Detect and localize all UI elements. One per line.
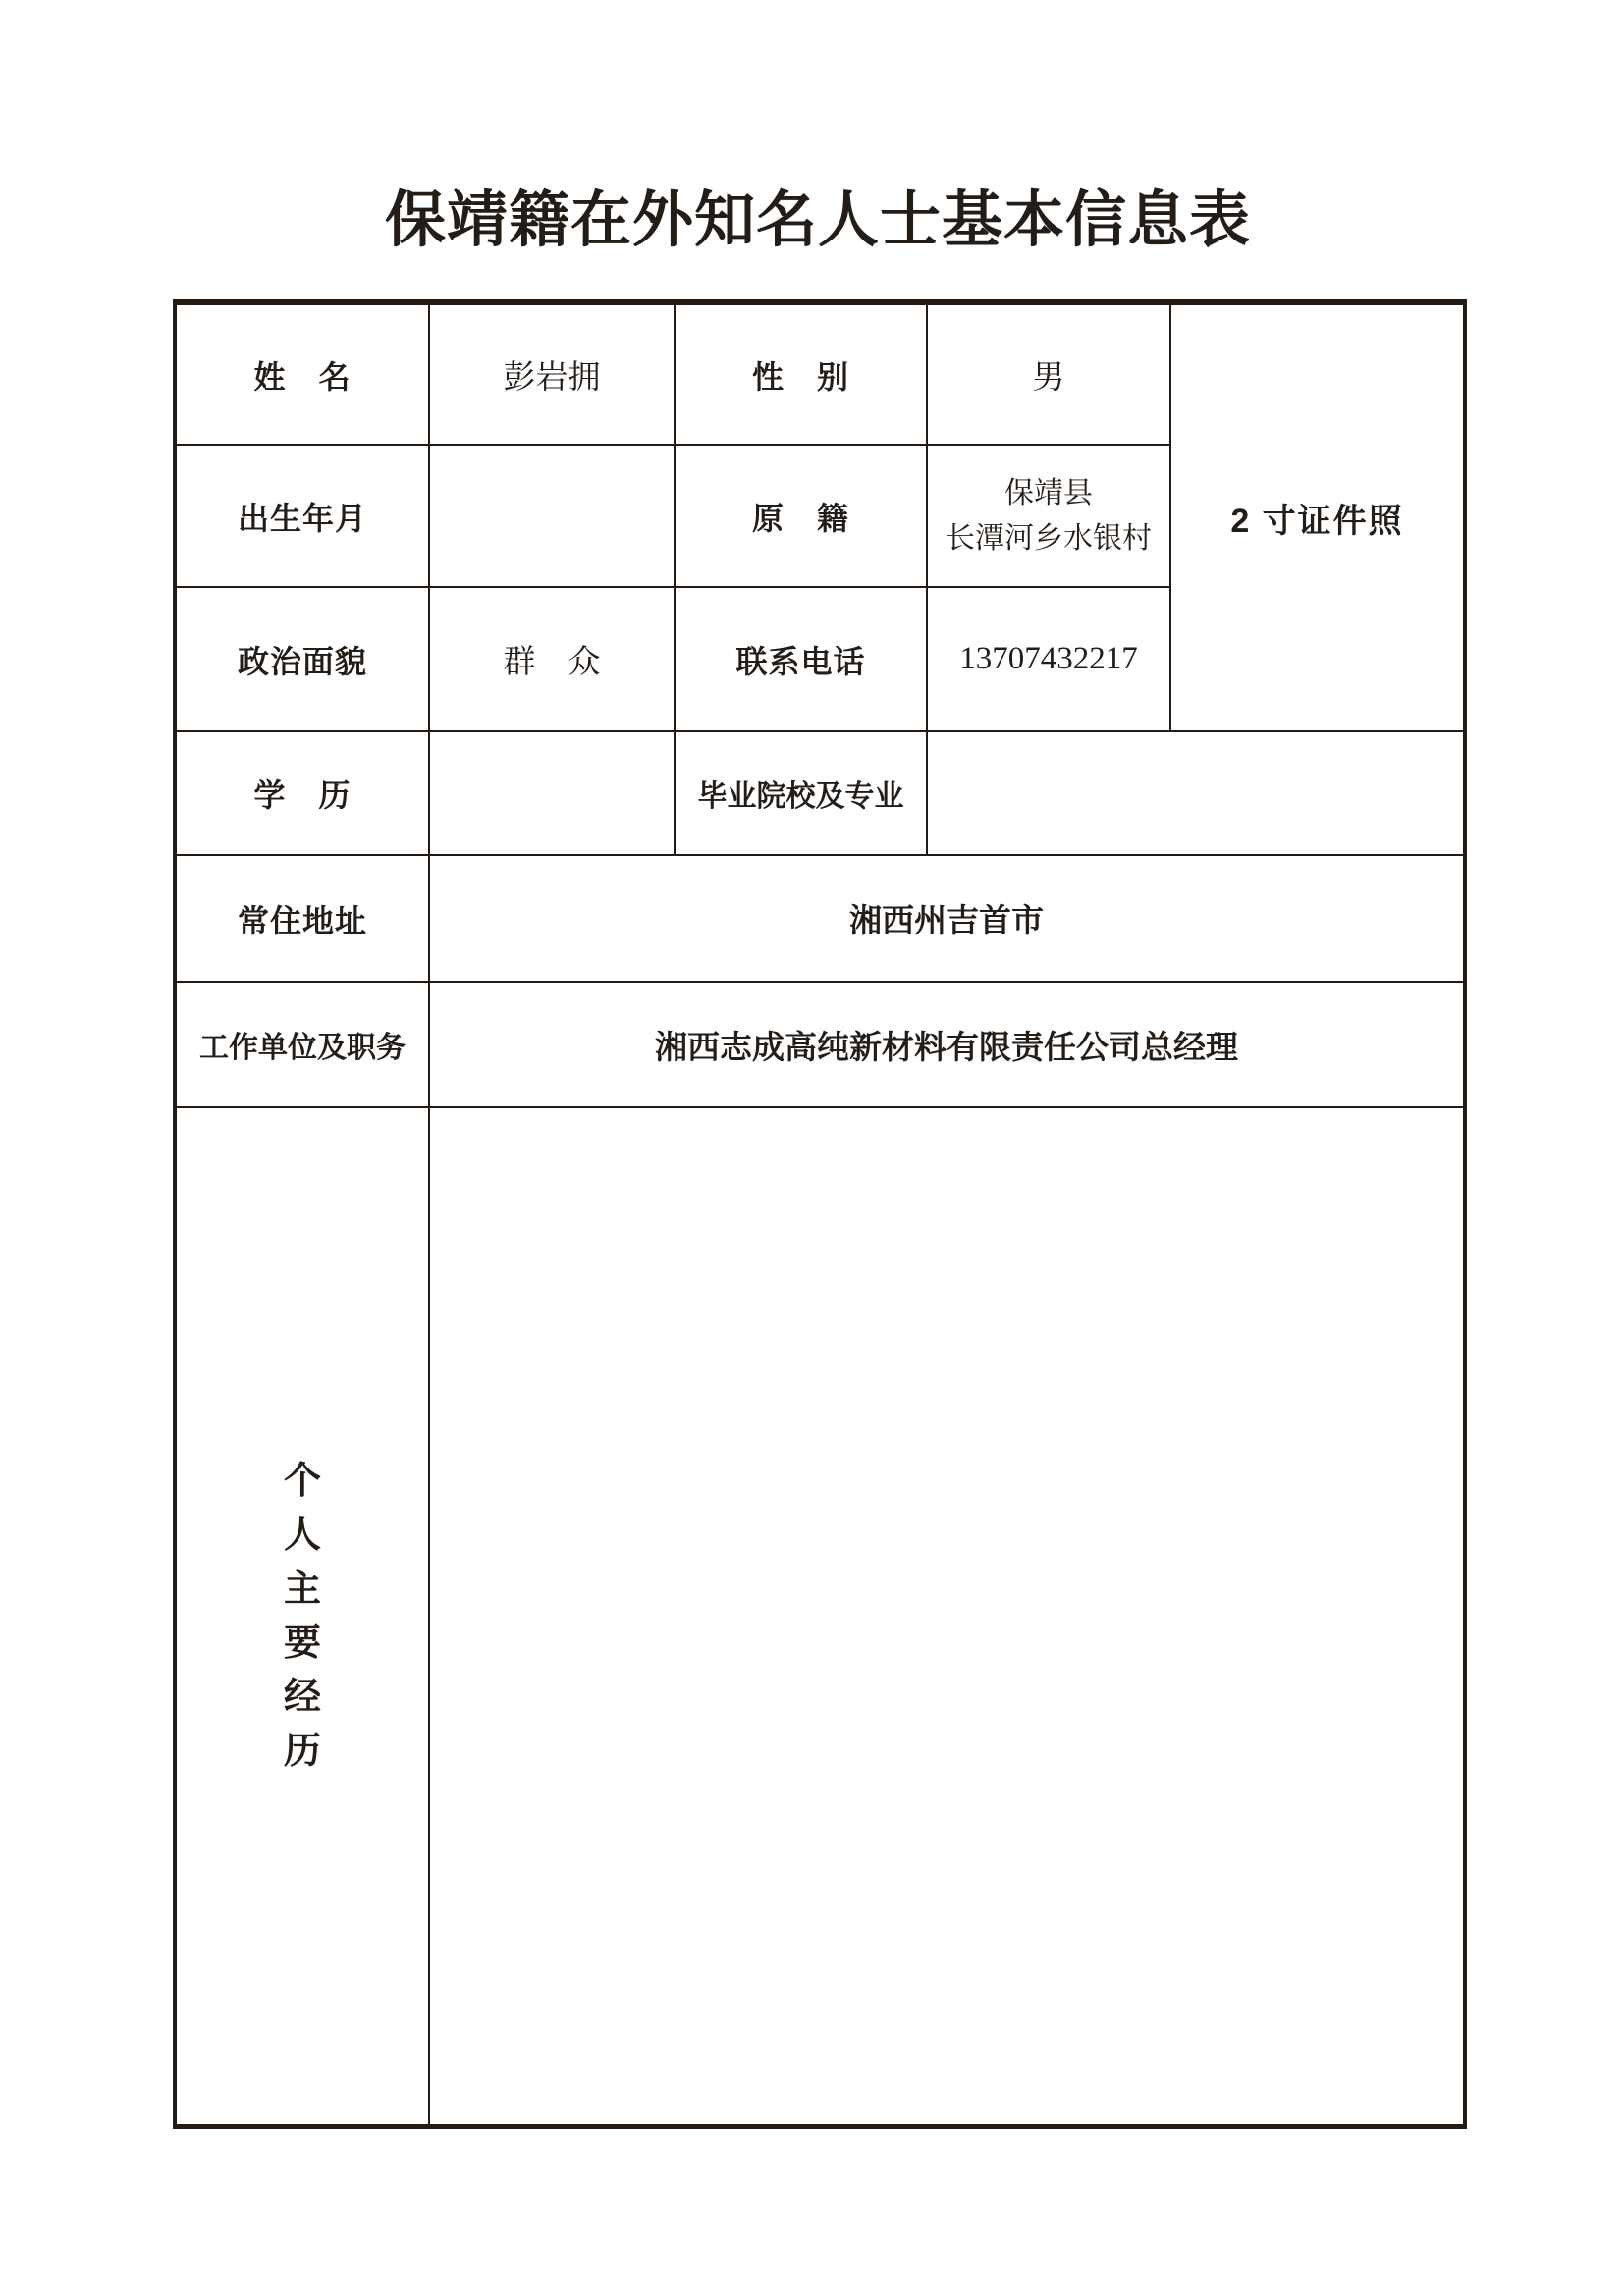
row-education-school: 学 历 毕业院校及专业 (175, 731, 1465, 855)
name-value-cell: 彭岩拥 (429, 302, 675, 445)
political-status-label: 政治面貌 (175, 587, 429, 731)
experience-label-char: 历 (284, 1733, 321, 1770)
experience-label-vertical: 个 人 主 要 经 历 (181, 1463, 424, 1770)
political-status-value-cell: 群 众 (429, 587, 675, 731)
document-page: 保靖籍在外知名人士基本信息表 姓 名 彭岩拥 性 别 男 2 寸证件照 出生年月… (0, 0, 1624, 2296)
experience-label-char: 要 (284, 1625, 321, 1662)
page-title: 保靖籍在外知名人士基本信息表 (173, 185, 1463, 255)
address-value-cell: 湘西州吉首市 (429, 855, 1465, 982)
address-label: 常住地址 (175, 855, 429, 982)
education-label: 学 历 (175, 731, 429, 855)
origin-value-line2: 长潭河乡水银村 (932, 516, 1165, 561)
birth-date-value-cell (429, 445, 675, 587)
school-major-label: 毕业院校及专业 (675, 731, 927, 855)
experience-label-char: 个 (284, 1463, 321, 1500)
row-work: 工作单位及职务 湘西志成高纯新材料有限责任公司总经理 (175, 982, 1465, 1107)
name-label: 姓 名 (175, 302, 429, 445)
gender-value-cell: 男 (927, 302, 1170, 445)
info-table: 姓 名 彭岩拥 性 别 男 2 寸证件照 出生年月 原 籍 保靖县 长潭河乡水银… (173, 299, 1467, 2129)
phone-value-cell: 13707432217 (927, 587, 1170, 731)
experience-label-char: 人 (284, 1517, 321, 1554)
experience-label-cell: 个 人 主 要 经 历 (175, 1107, 429, 2126)
origin-value-line1: 保靖县 (932, 471, 1165, 516)
school-major-value-cell (927, 731, 1465, 855)
experience-label-char: 主 (284, 1571, 321, 1608)
experience-content-cell (429, 1107, 1465, 2126)
row-name-gender: 姓 名 彭岩拥 性 别 男 2 寸证件照 (175, 302, 1465, 445)
row-address: 常住地址 湘西州吉首市 (175, 855, 1465, 982)
education-value-cell (429, 731, 675, 855)
phone-label: 联系电话 (675, 587, 927, 731)
origin-value-cell: 保靖县 长潭河乡水银村 (927, 445, 1170, 587)
origin-label: 原 籍 (675, 445, 927, 587)
row-experience: 个 人 主 要 经 历 (175, 1107, 1465, 2126)
work-label: 工作单位及职务 (175, 982, 429, 1107)
experience-label-char: 经 (284, 1679, 321, 1716)
birth-date-label: 出生年月 (175, 445, 429, 587)
work-value-cell: 湘西志成高纯新材料有限责任公司总经理 (429, 982, 1465, 1107)
gender-label: 性 别 (675, 302, 927, 445)
photo-placeholder-cell: 2 寸证件照 (1170, 302, 1465, 731)
